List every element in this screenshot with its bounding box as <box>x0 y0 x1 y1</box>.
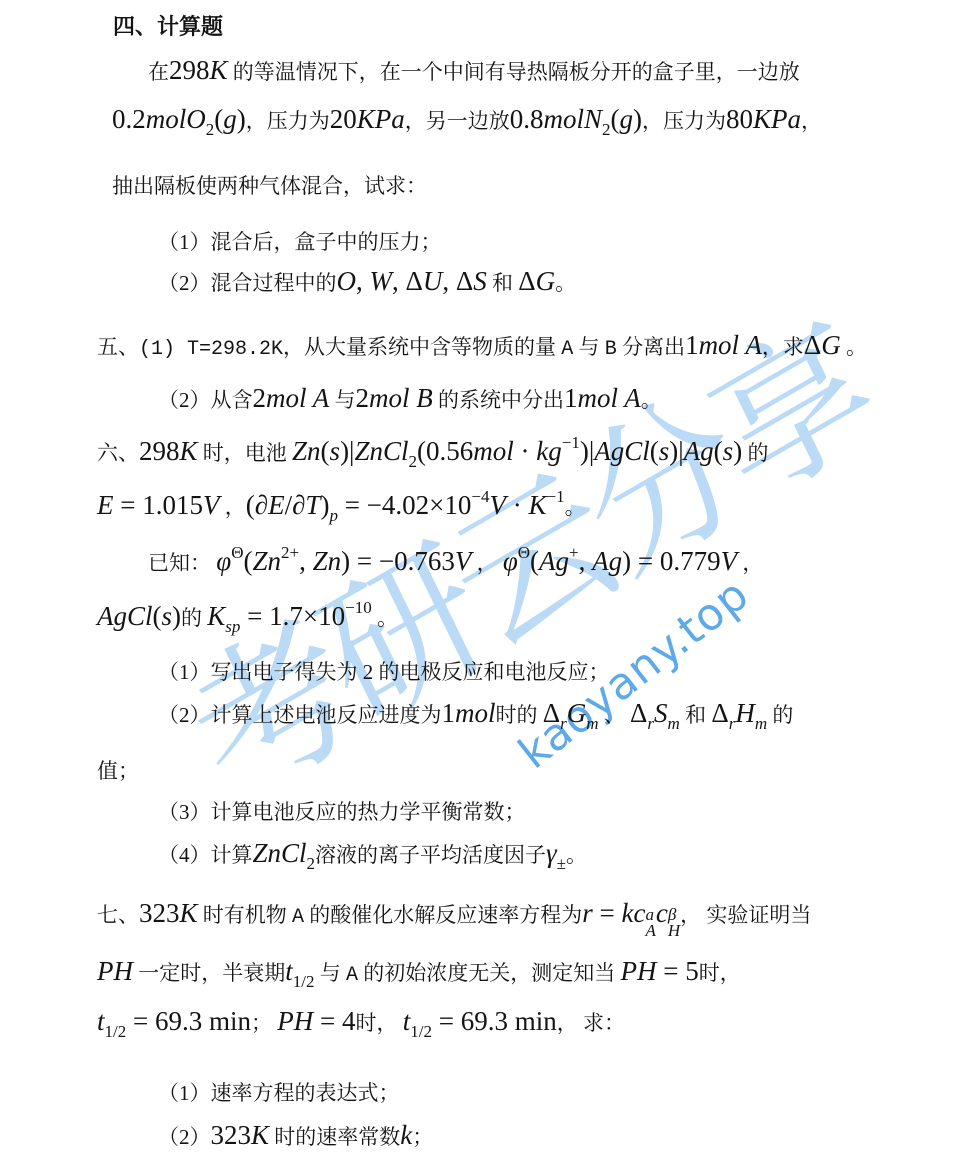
sec6-given-line-1: 已知： φΘ(Zn2+, Zn) = −0.763V ， φΘ(Ag+, Ag)… <box>148 543 763 577</box>
sec4-intro-line-1: 在298K 的等温情况下，在一个中间有导热隔板分开的盒子里，一边放 <box>148 55 800 86</box>
sec5-item-2: （2）从含2mol A 与2mol B 的系统中分出1mol A。 <box>158 383 662 414</box>
sec4-intro-line-3: 抽出隔板使两种气体混合，试求： <box>112 170 427 200</box>
sec6-intro-line-1: 六、298K 时，电池 Zn(s)|ZnCl2(0.56mol · kg−1)|… <box>97 433 768 472</box>
sec7-intro-line-3: t1/2 = 69.3 min； PH = 4时， t1/2 = 69.3 mi… <box>97 1006 625 1042</box>
sec6-given-line-2: AgCl(s)的 Ksp = 1.7×10−10 。 <box>97 598 398 637</box>
sec6-item-4: （4）计算ZnCl2溶液的离子平均活度因子γ±。 <box>158 838 587 874</box>
sec7-intro-line-1: 七、323K 时有机物 A 的酸催化水解反应速率方程为r = kcaAcβH， … <box>97 898 811 939</box>
sec4-item-1: （1）混合后，盒子中的压力； <box>158 226 442 256</box>
sec6-item-1: （1）写出电子得失为 2 的电极反应和电池反应； <box>158 656 610 686</box>
sec6-item-3: （3）计算电池反应的热力学平衡常数； <box>158 796 526 826</box>
sec7-intro-line-2: PH 一定时，半衰期t1/2 与 A 的初始浓度无关，测定知当 PH = 5时， <box>97 956 741 992</box>
sec4-heading: 四、计算题 <box>113 10 223 41</box>
sec7-item-1: （1）速率方程的表达式； <box>158 1077 400 1107</box>
sec4-item-2: （2）混合过程中的O, W, ΔU, ΔS 和 ΔG。 <box>158 266 576 297</box>
sec5-item-1: 五、(1) T=298.2K，从大量系统中含等物质的量 A 与 B 分离出1mo… <box>97 330 867 361</box>
sec6-item-2: （2）计算上述电池反应进度为1mol时的 ΔrGm 、 ΔrSm 和 ΔrHm … <box>158 698 793 734</box>
sec4-intro-line-2: 0.2molO2(g)，压力为20KPa，另一边放0.8molN2(g)，压力为… <box>112 104 822 140</box>
sec6-item-2-cont: 值； <box>97 755 139 785</box>
sec7-item-2: （2）323K 时的速率常数k； <box>158 1120 433 1151</box>
sec6-intro-line-2: E = 1.015V ，(∂E/∂T)p = −4.02×10−4V · K−1… <box>97 487 586 526</box>
